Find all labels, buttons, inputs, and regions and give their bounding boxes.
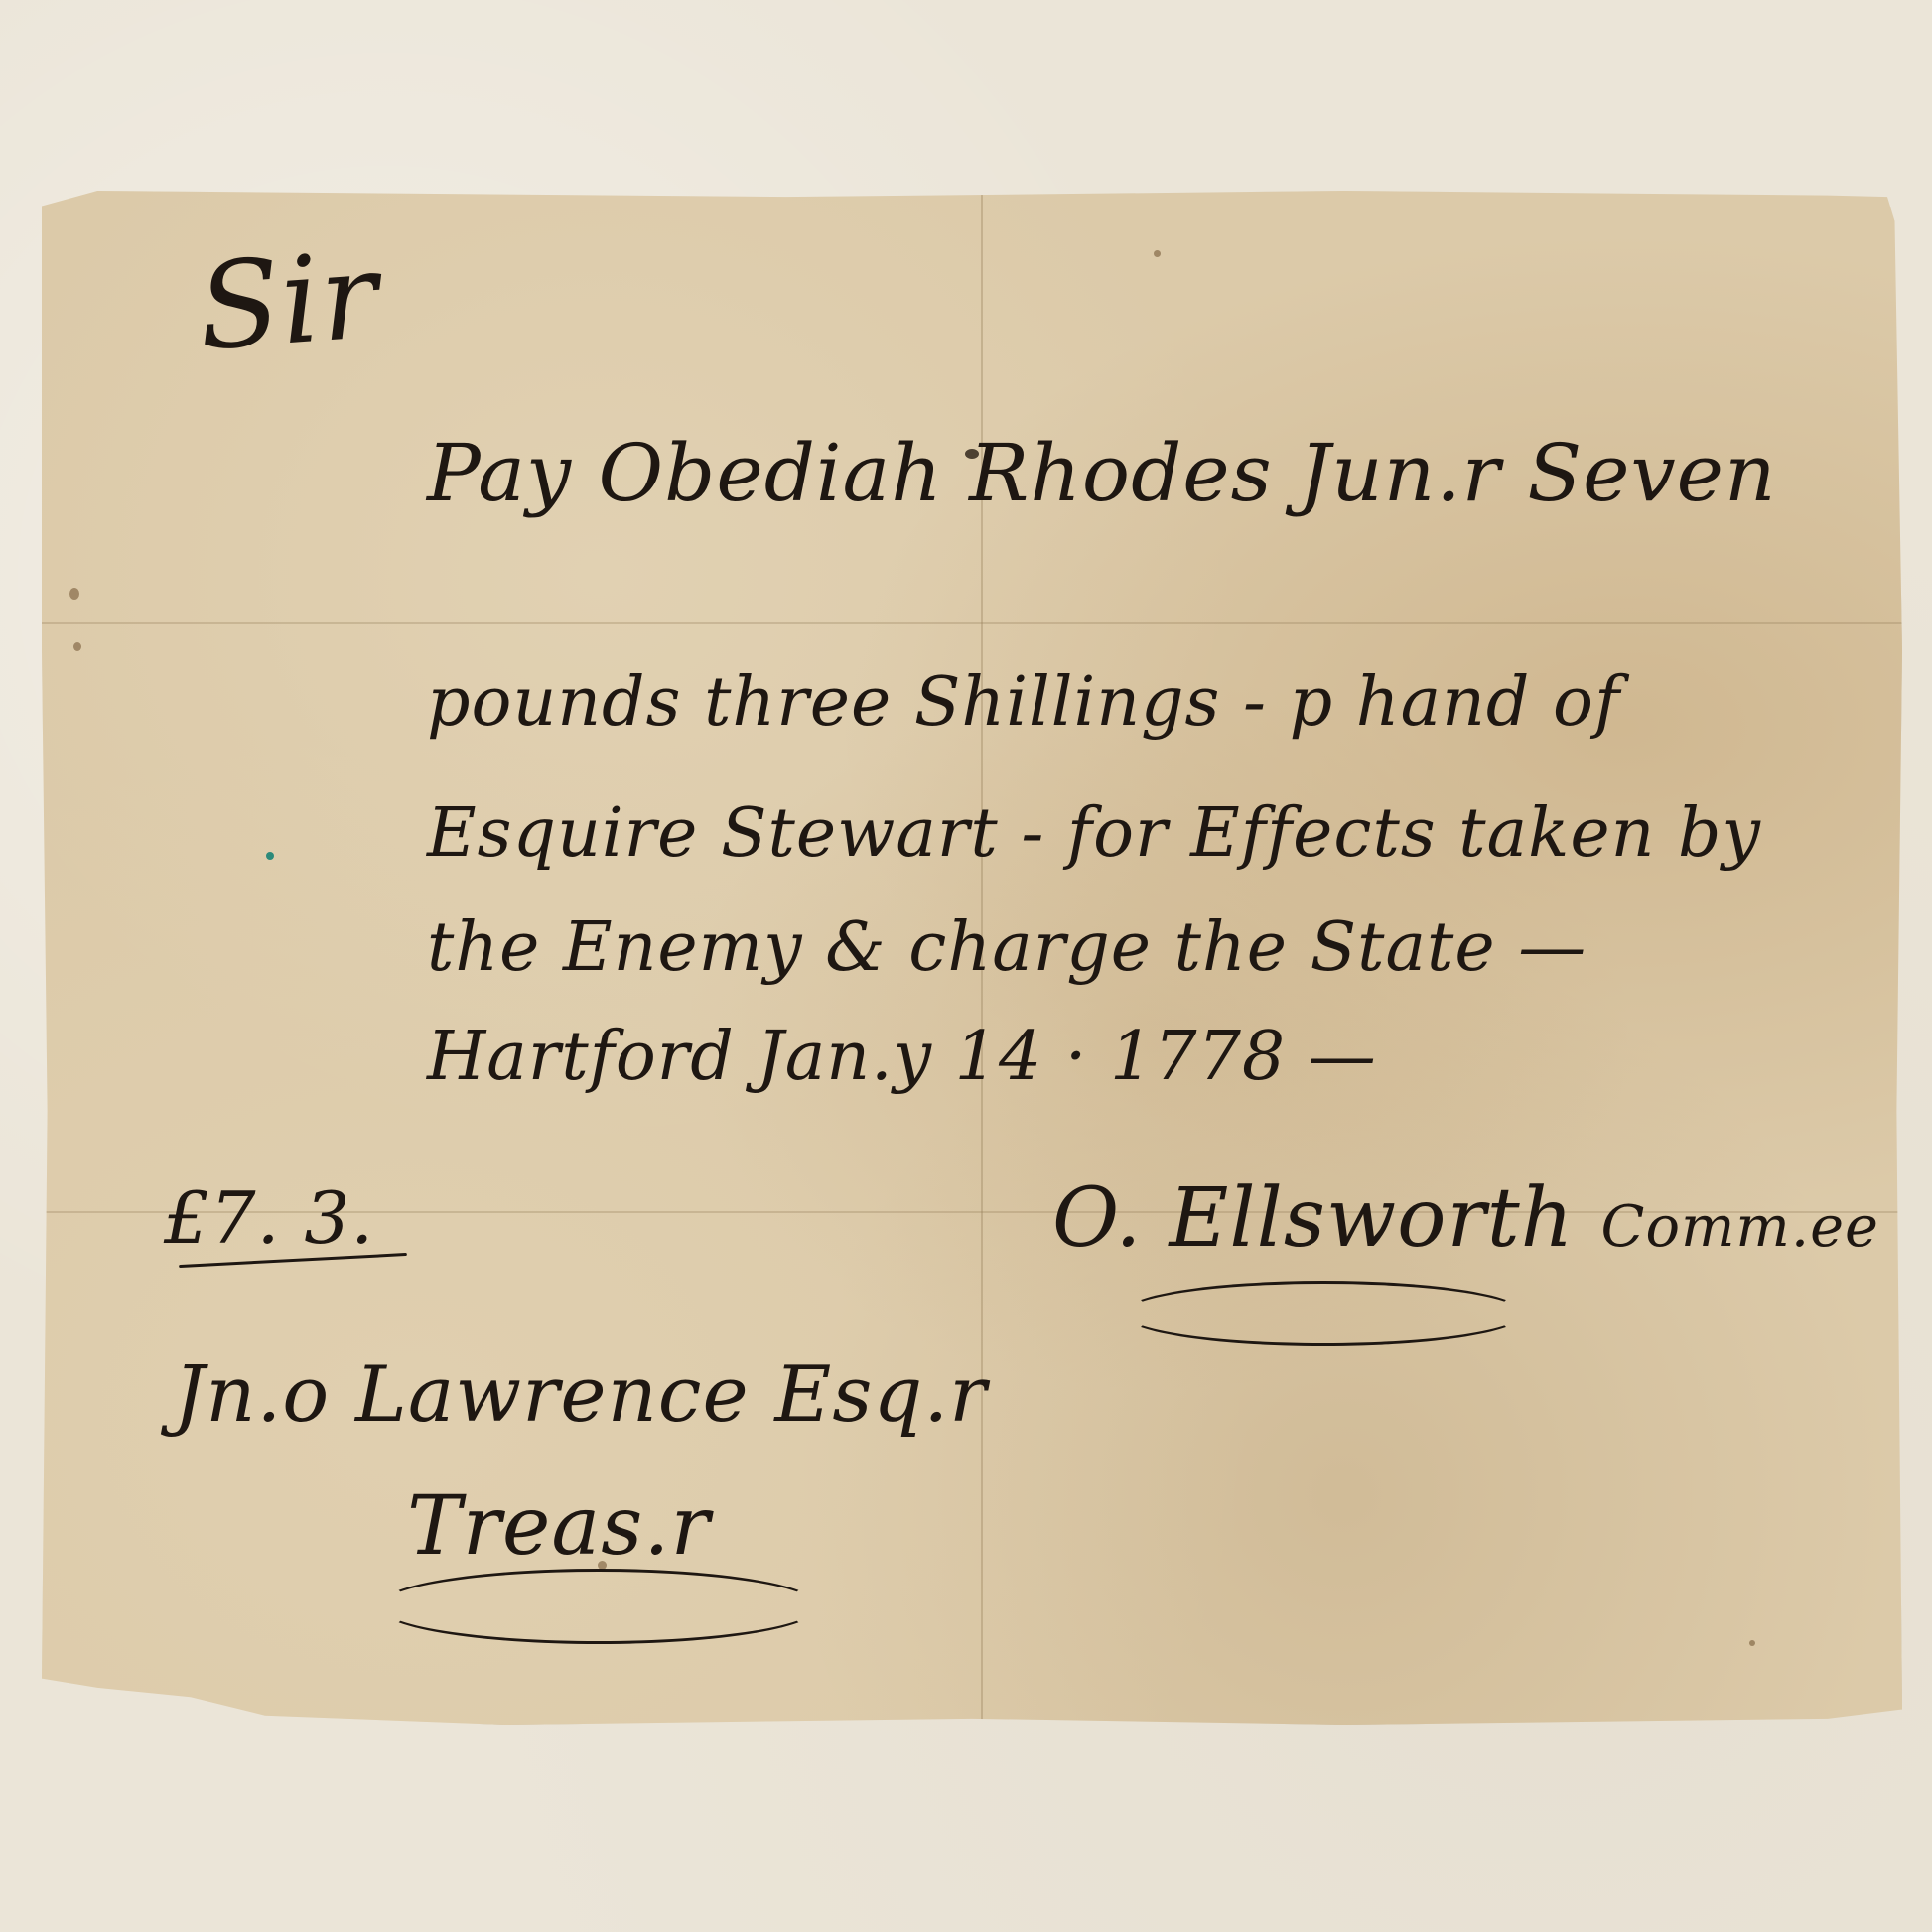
body-line-4: the Enemy & charge the State — (427, 908, 1587, 987)
addressee-title: Treas.r (407, 1479, 711, 1574)
foxing-spot (1749, 1640, 1755, 1646)
body-line-3: Esquire Stewart - for Effects taken by (427, 794, 1761, 873)
foxing-spot (1154, 250, 1161, 257)
body-line-1: Pay Obediah Rhodes Jun.r Seven (427, 427, 1777, 519)
signature-name: O. Ellsworth (1052, 1172, 1574, 1266)
amount: £7. 3. (164, 1176, 374, 1260)
signature: O. Ellsworth Comm.ee (1052, 1172, 1879, 1266)
salutation: Sir (194, 227, 382, 377)
foxing-spot (69, 588, 79, 600)
treasurer-flourish (377, 1569, 820, 1644)
signature-title: Comm.ee (1601, 1193, 1879, 1260)
horizontal-fold-line-upper (42, 622, 1902, 624)
body-line-2: pounds three Shillings - p hand of (427, 663, 1620, 742)
date-line: Hartford Jan.y 14 · 1778 — (427, 1018, 1377, 1096)
green-ink-spot (266, 852, 274, 860)
signature-flourish (1122, 1281, 1525, 1346)
foxing-spot (73, 642, 81, 651)
addressee-name: Jn.o Lawrence Esq.r (174, 1350, 987, 1440)
